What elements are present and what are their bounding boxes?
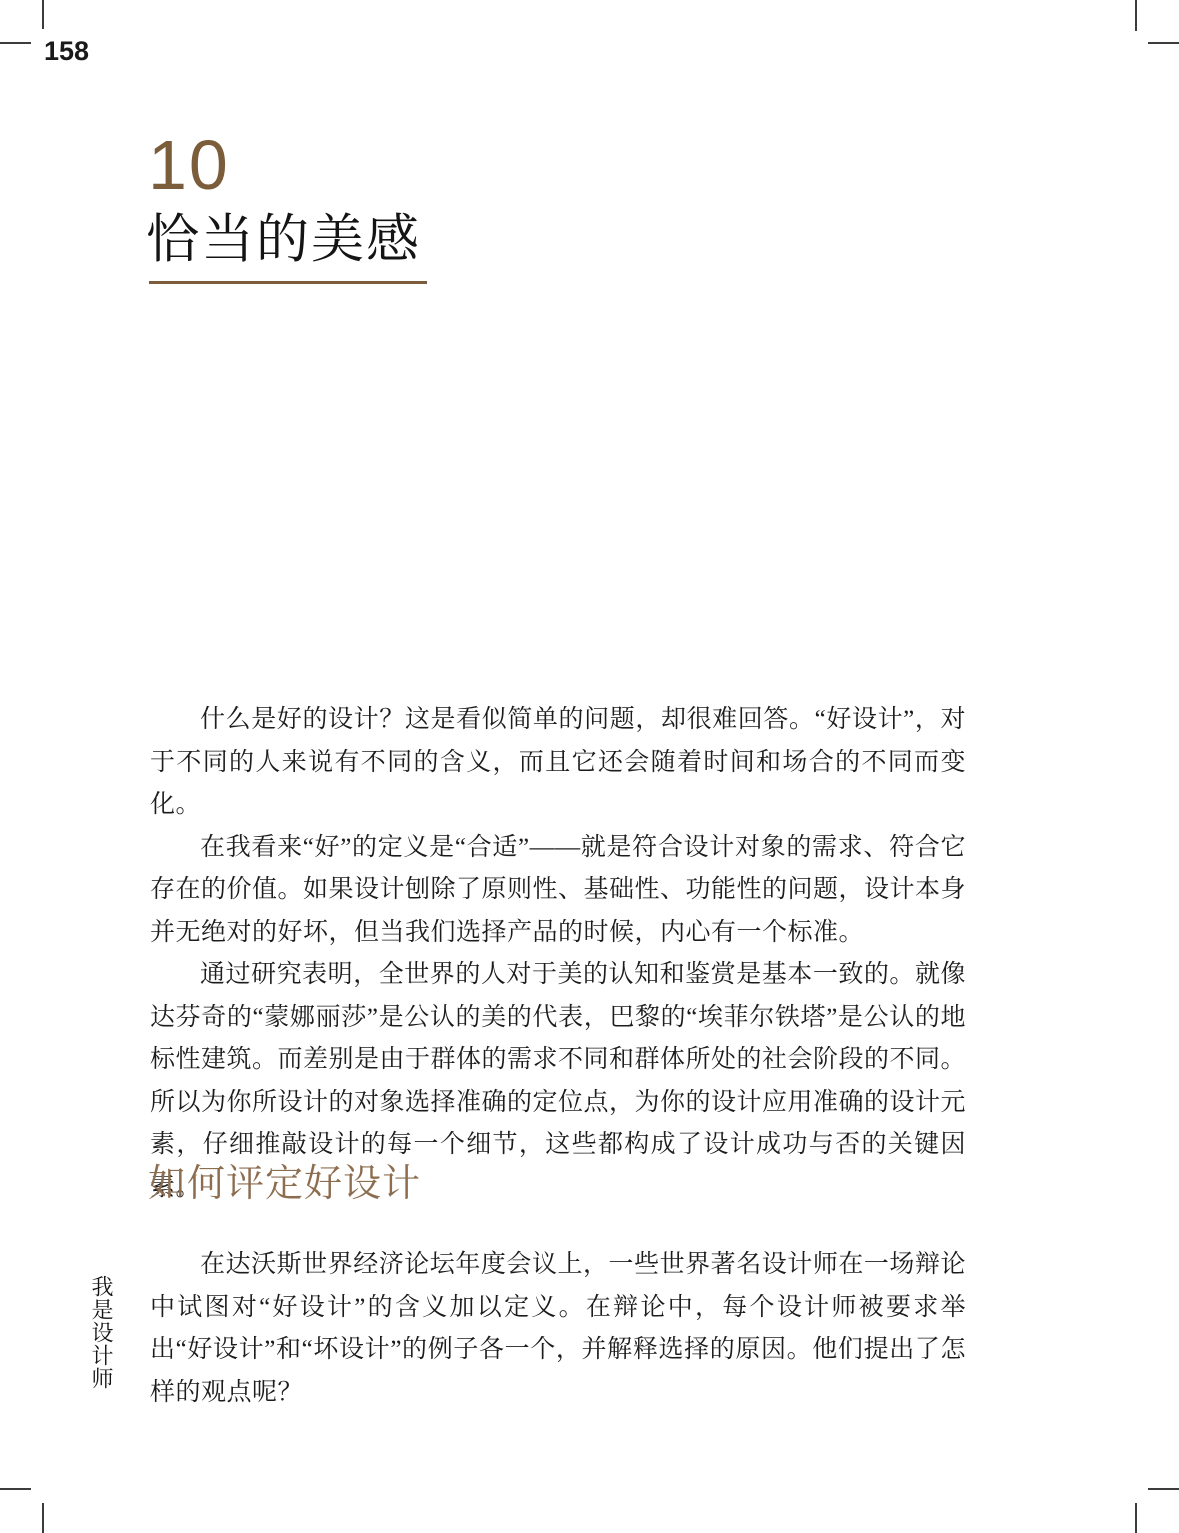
crop-mark-top-left-horizontal (0, 42, 31, 44)
crop-mark-bottom-right-horizontal (1148, 1488, 1179, 1490)
book-page: 158 10 恰当的美感 什么是好的设计？这是看似简单的问题，却很难回答。“好设… (0, 0, 1179, 1533)
crop-mark-top-right-horizontal (1148, 42, 1179, 44)
crop-mark-top-left-vertical (42, 0, 44, 29)
sidebar-book-title-vertical: 我是设计师 (86, 1275, 117, 1390)
chapter-title: 恰当的美感 (146, 210, 421, 271)
chapter-title-underline (149, 281, 427, 284)
intro-paragraph-1: 什么是好的设计？这是看似简单的问题，却很难回答。“好设计”，对于不同的人来说有不… (150, 699, 966, 827)
intro-paragraph-2: 在我看来“好”的定义是“合适”——就是符合设计对象的需求、符合它存在的价值。如果… (150, 827, 966, 955)
crop-mark-top-right-vertical (1135, 0, 1137, 31)
section-paragraphs: 在达沃斯世界经济论坛年度会议上，一些世界著名设计师在一场辩论中试图对“好设计”的… (150, 1244, 966, 1414)
intro-paragraphs: 什么是好的设计？这是看似简单的问题，却很难回答。“好设计”，对于不同的人来说有不… (150, 699, 966, 1209)
chapter-number: 10 (148, 130, 230, 200)
section-paragraph-1: 在达沃斯世界经济论坛年度会议上，一些世界著名设计师在一场辩论中试图对“好设计”的… (150, 1244, 966, 1414)
crop-mark-bottom-left-vertical (42, 1503, 44, 1533)
page-number: 158 (44, 36, 89, 67)
crop-mark-bottom-right-vertical (1135, 1503, 1137, 1533)
section-heading: 如何评定好设计 (148, 1164, 421, 1206)
crop-mark-bottom-left-horizontal (0, 1488, 31, 1490)
